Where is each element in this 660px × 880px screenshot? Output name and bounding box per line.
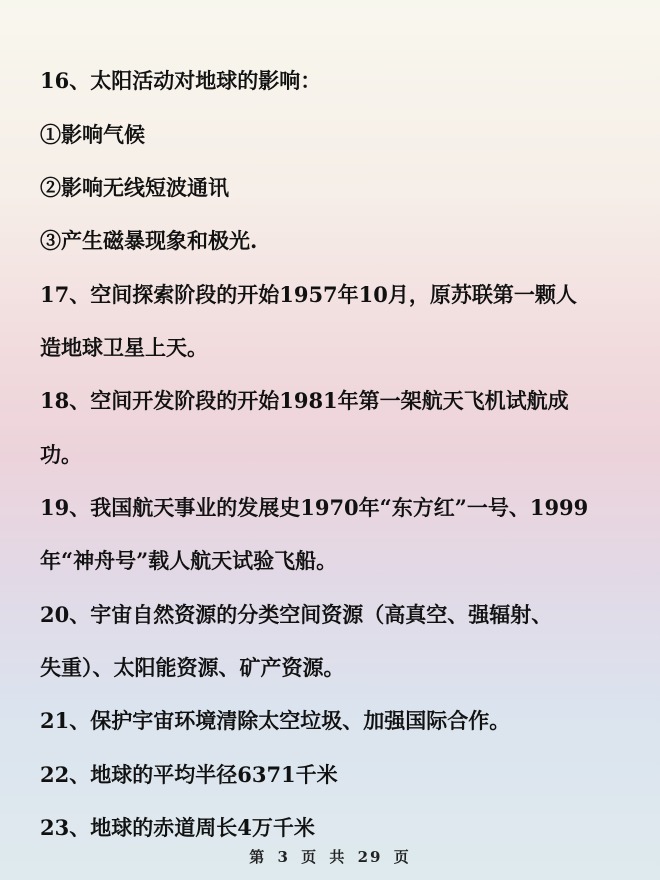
text-line-22: 22、地球的平均半径6371千米: [40, 760, 338, 790]
text-line-19b: 年“神舟号”载人航天试验飞船。: [40, 546, 337, 576]
text-line-16-heading: 16、太阳活动对地球的影响：: [40, 66, 321, 96]
text-line-17b: 造地球卫星上天。: [40, 333, 208, 363]
text-line-20b: 失重）、太阳能资源、矿产资源。: [40, 653, 345, 683]
text-line-16-item-2: ②影响无线短波通讯: [40, 173, 229, 203]
page-indicator: 第 3 页 共 29 页: [0, 846, 660, 867]
text-line-18a: 18、空间开发阶段的开始1981年第一架航天飞机试航成: [40, 386, 569, 416]
text-line-18b: 功。: [40, 440, 82, 470]
text-line-17a: 17、空间探索阶段的开始1957年10月，原苏联第一颗人: [40, 280, 577, 310]
text-line-20a: 20、宇宙自然资源的分类空间资源（高真空、强辐射、: [40, 600, 552, 630]
document-page: 16、太阳活动对地球的影响： ①影响气候 ②影响无线短波通讯 ③产生磁暴现象和极…: [0, 0, 660, 880]
text-line-21: 21、保护宇宙环境清除太空垃圾、加强国际合作。: [40, 706, 510, 736]
text-line-16-item-1: ①影响气候: [40, 120, 145, 150]
text-line-23: 23、地球的赤道周长4万千米: [40, 813, 315, 843]
text-line-19a: 19、我国航天事业的发展史1970年“东方红”一号、1999: [40, 493, 588, 523]
text-line-16-item-3: ③产生磁暴现象和极光.: [40, 226, 257, 256]
